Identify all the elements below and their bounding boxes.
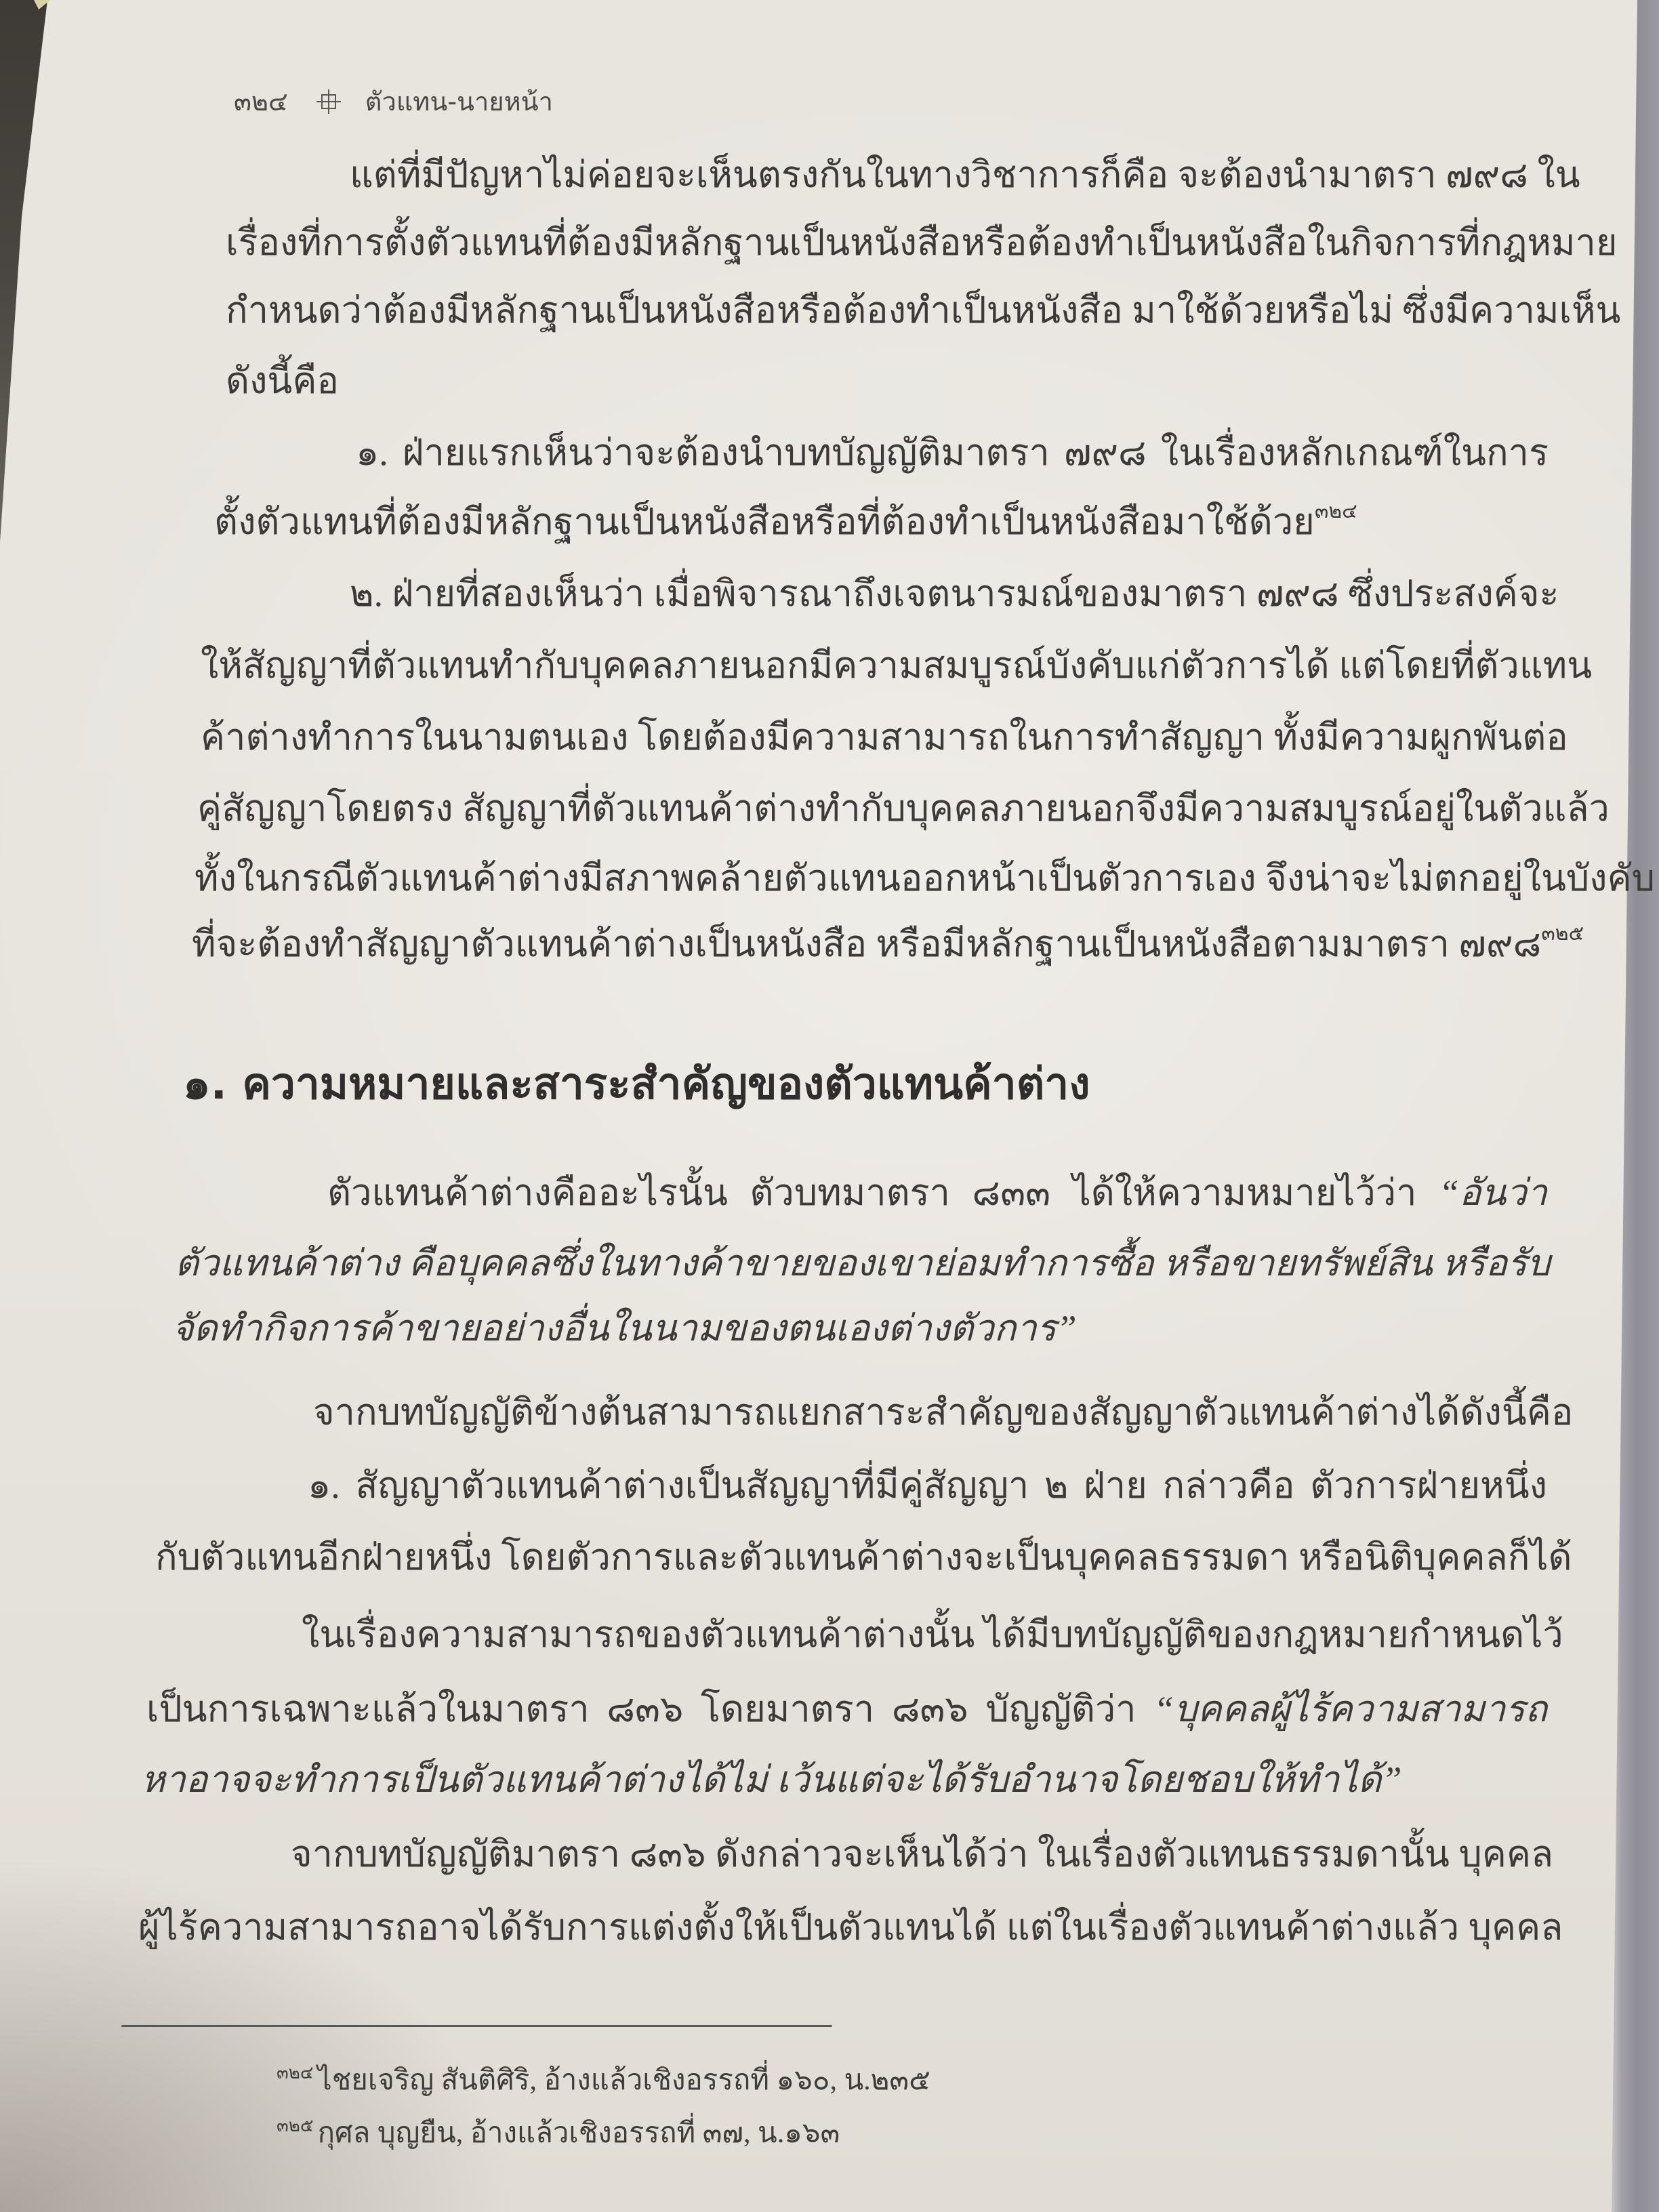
text-line: ตั้งตัวแทนที่ต้องมีหลักฐานเป็นหนังสือหรื… (214, 495, 1357, 549)
footnote: ๓๒๔ไชยเจริญ สันติศิริ, อ้างแล้วเชิงอรรถท… (276, 2060, 930, 2101)
text-line: กำหนดว่าต้องมีหลักฐานเป็นหนังสือหรือต้อง… (226, 283, 1549, 337)
text-line: ค้าต่างทำการในนามตนเอง โดยต้องมีความสามา… (201, 710, 1550, 764)
footnote-number: ๓๒๔ (276, 2063, 314, 2083)
footnote-number: ๓๒๕ (276, 2116, 314, 2135)
running-header: ๓๒๔ ตัวแทน-นายหน้า (234, 85, 553, 119)
text-line: จากบทบัญญัติมาตรา ๘๓๖ ดังกล่าวจะเห็นได้ว… (291, 1827, 1547, 1881)
text-line: เรื่องที่การตั้งตัวแทนที่ต้องมีหลักฐานเป… (226, 216, 1549, 270)
text-line: ที่จะต้องทำสัญญาตัวแทนค้าต่างเป็นหนังสือ… (192, 917, 1550, 971)
grid-ornament-icon (315, 88, 342, 115)
line-text: ตั้งตัวแทนที่ต้องมีหลักฐานเป็นหนังสือหรื… (214, 501, 1315, 542)
footnote-reference[interactable]: ๓๒๕ (1541, 922, 1584, 945)
text-line: จากบทบัญญัติข้างต้นสามารถแยกสาระสำคัญของ… (313, 1385, 1547, 1439)
running-title: ตัวแทน-นายหน้า (365, 85, 553, 119)
text-line: คู่สัญญาโดยตรง สัญญาที่ตัวแทนค้าต่างทำกั… (197, 781, 1550, 836)
statute-quote: จัดทำกิจการค้าขายอย่างอื่นในนามของตนเองต… (172, 1301, 1077, 1355)
footnote-reference[interactable]: ๓๒๔ (1315, 500, 1357, 523)
text-line: ตัวแทนค้าต่างคืออะไรนั้น ตัวบทมาตรา ๘๓๓ … (327, 1166, 1547, 1220)
text-line: ๒. ฝ่ายที่สองเห็นว่า เมื่อพิจารณาถึงเจตน… (350, 567, 1550, 621)
text-line: ดังนี้คือ (226, 354, 339, 408)
text-line: ๑. สัญญาตัวแทนค้าต่างเป็นสัญญาที่มีคู่สั… (308, 1458, 1547, 1513)
text-line: ๑. ฝ่ายแรกเห็นว่าจะต้องนำบทบัญญัติมาตรา … (356, 426, 1549, 480)
book-page: ๓๒๔ ตัวแทน-นายหน้า แต่ที่มีปัญหาไม่ค่อยจ… (0, 0, 1659, 2212)
footnote-divider (121, 2025, 832, 2027)
text-line: ให้สัญญาที่ตัวแทนทำกับบุคคลภายนอกมีความส… (201, 638, 1550, 693)
statute-quote: “บุคคลผู้ไร้ความสามารถ (1153, 1689, 1547, 1729)
footnote: ๓๒๕กุศล บุญยืน, อ้างแล้วเชิงอรรถที่ ๓๗, … (276, 2113, 840, 2154)
text-line: แต่ที่มีปัญหาไม่ค่อยจะเห็นตรงกันในทางวิช… (350, 148, 1547, 202)
page-number: ๓๒๔ (234, 85, 288, 119)
text-line: ทั้งในกรณีตัวแทนค้าต่างมีสภาพคล้ายตัวแทน… (194, 851, 1550, 905)
text-line: ในเรื่องความสามารถของตัวแทนค้าต่างนั้น ไ… (302, 1607, 1547, 1662)
footnote-text: ไชยเจริญ สันติศิริ, อ้างแล้วเชิงอรรถที่ … (318, 2065, 930, 2096)
statute-quote: หาอาจจะทำการเป็นตัวแทนค้าต่างได้ไม่ เว้น… (141, 1753, 1402, 1807)
text-line: กับตัวแทนอีกฝ่ายหนึ่ง โดยตัวการและตัวแทน… (155, 1530, 1547, 1584)
line-text: ที่จะต้องทำสัญญาตัวแทนค้าต่างเป็นหนังสือ… (192, 924, 1541, 964)
text-line: ผู้ไร้ความสามารถอาจได้รับการแต่งตั้งให้เ… (138, 1900, 1547, 1954)
statute-quote: ตัวแทนค้าต่าง คือบุคคลซึ่งในทางค้าขายของ… (175, 1236, 1547, 1290)
page-edge-shadow (1605, 0, 1659, 2212)
statute-quote: “อันว่า (1439, 1172, 1547, 1213)
line-text: เป็นการเฉพาะแล้วในมาตรา ๘๓๖ โดยมาตรา ๘๓๖… (146, 1689, 1153, 1729)
background-corner-shadow (0, 0, 54, 556)
footnote-text: กุศล บุญยืน, อ้างแล้วเชิงอรรถที่ ๓๗, น.๑… (318, 2118, 840, 2149)
section-heading: ๑. ความหมายและสาระสำคัญของตัวแทนค้าต่าง (183, 1054, 1090, 1115)
text-line: เป็นการเฉพาะแล้วในมาตรา ๘๓๖ โดยมาตรา ๘๓๖… (146, 1682, 1547, 1736)
line-text: ตัวแทนค้าต่างคืออะไรนั้น ตัวบทมาตรา ๘๓๓ … (327, 1172, 1439, 1213)
